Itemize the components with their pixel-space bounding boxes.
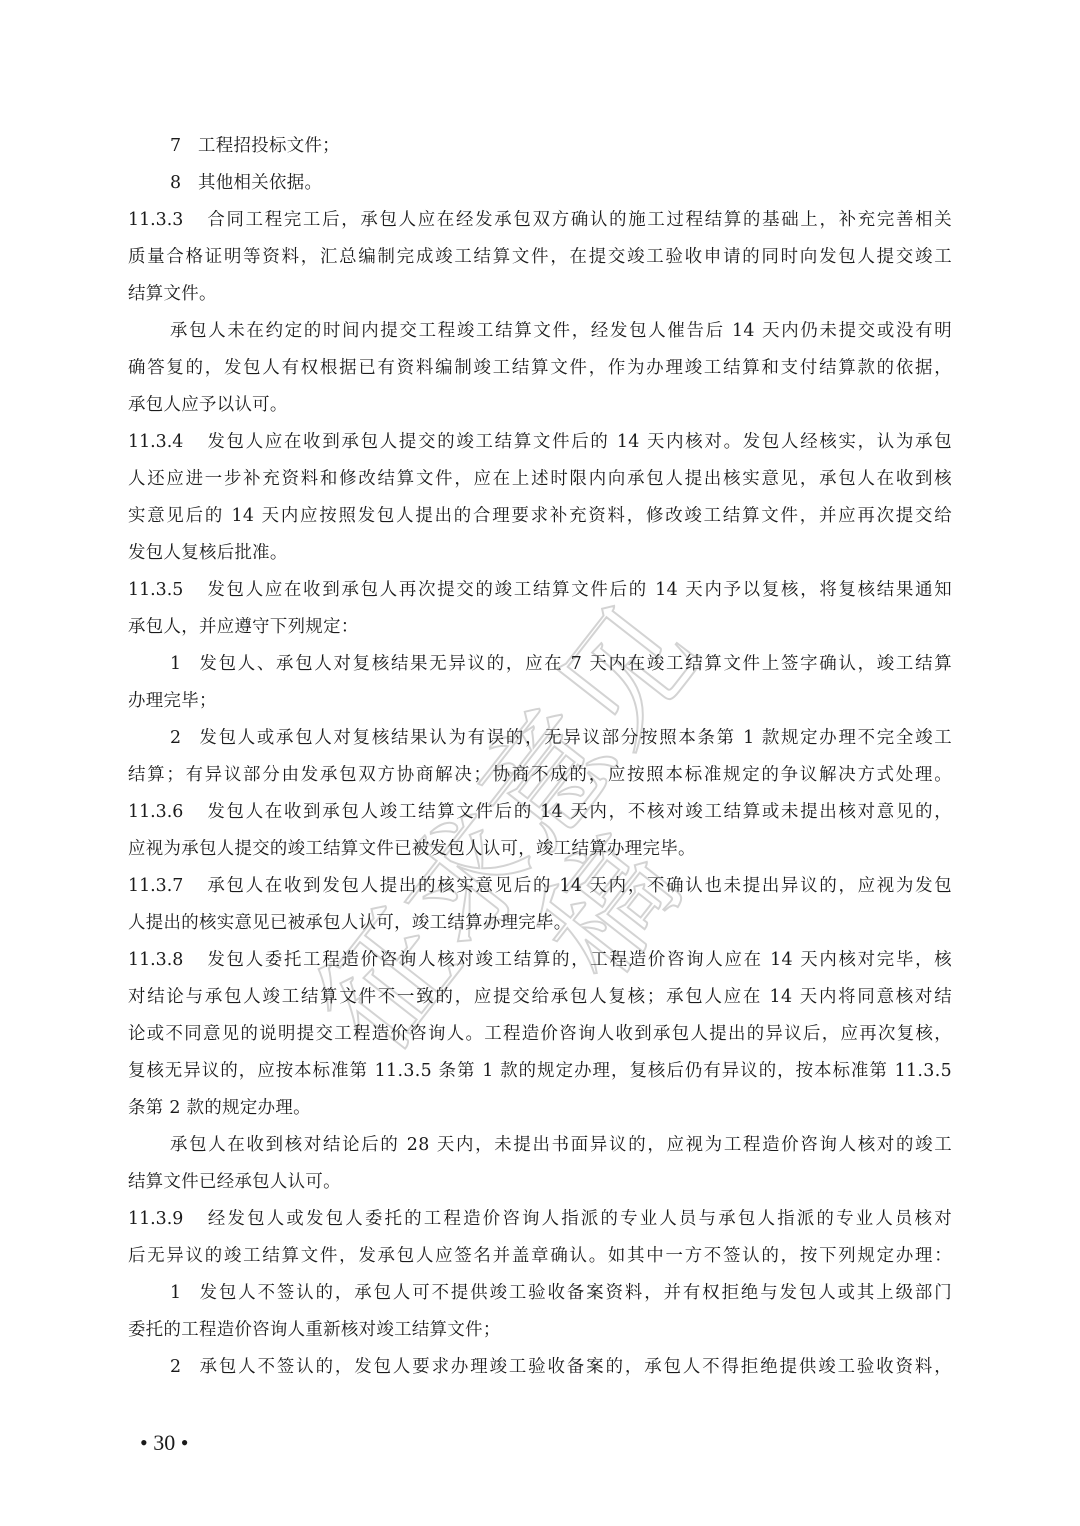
text-line: 论或不同意见的说明提交工程造价咨询人。工程造价咨询人收到承包人提出的异议后，应再… — [128, 1016, 952, 1053]
line-text: 发包人复核后批准。 — [128, 543, 288, 563]
text-line: 承包人在收到核对结论后的 28 天内，未提出书面异议的，应视为工程造价咨询人核对… — [128, 1127, 952, 1164]
document-page: 征求意见稿 7工程招投标文件；8其他相关依据。11.3.3合同工程完工后，承包人… — [0, 0, 1080, 1526]
line-text: 发包人、承包人对复核结果无异议的，应在 7 天内在竣工结算文件上签字确认，竣工结… — [198, 654, 952, 674]
text-line: 人提出的核实意见已被承包人认可，竣工结算办理完毕。 — [128, 905, 952, 942]
item-number: 2 — [170, 1349, 198, 1386]
line-text: 人还应进一步补充资料和修改结算文件，应在上述时限内向承包人提出核实意见，承包人在… — [128, 469, 952, 489]
line-text: 条第 2 款的规定办理。 — [128, 1098, 311, 1118]
text-line: 委托的工程造价咨询人重新核对竣工结算文件； — [128, 1312, 952, 1349]
text-line: 确答复的，发包人有权根据已有资料编制竣工结算文件，作为办理竣工结算和支付结算款的… — [128, 350, 952, 387]
line-text: 发包人不签认的，承包人可不提供竣工验收备案资料，并有权拒绝与发包人或其上级部门 — [198, 1283, 952, 1303]
line-text: 办理完毕； — [128, 691, 217, 711]
line-text: 承包人不签认的，发包人要求办理竣工验收备案的，承包人不得拒绝提供竣工验收资料， — [198, 1357, 952, 1377]
line-text: 论或不同意见的说明提交工程造价咨询人。工程造价咨询人收到承包人提出的异议后，应再… — [128, 1024, 952, 1044]
line-text: 发包人应在收到承包人再次提交的竣工结算文件后的 14 天内予以复核，将复核结果通… — [206, 580, 952, 600]
item-number: 7 — [170, 128, 198, 165]
clause-line: 11.3.7承包人在收到发包人提出的核实意见后的 14 天内，不确认也未提出异议… — [128, 868, 952, 905]
line-text: 对结论与承包人竣工结算文件不一致的，应提交给承包人复核；承包人应在 14 天内将… — [128, 987, 952, 1007]
list-item-line: 1发包人、承包人对复核结果无异议的，应在 7 天内在竣工结算文件上签字确认，竣工… — [128, 646, 952, 683]
text-line: 承包人应予以认可。 — [128, 387, 952, 424]
text-line: 质量合格证明等资料，汇总编制完成竣工结算文件，在提交竣工验收申请的同时向发包人提… — [128, 239, 952, 276]
list-item-line: 2发包人或承包人对复核结果认为有误的，无异议部分按照本条第 1 款规定办理不完全… — [128, 720, 952, 757]
line-text: 承包人在收到核对结论后的 28 天内，未提出书面异议的，应视为工程造价咨询人核对… — [170, 1135, 952, 1155]
item-number: 8 — [170, 165, 198, 202]
line-text: 委托的工程造价咨询人重新核对竣工结算文件； — [128, 1320, 501, 1340]
text-line: 结算文件已经承包人认可。 — [128, 1164, 952, 1201]
line-text: 发包人委托工程造价咨询人核对竣工结算的，工程造价咨询人应在 14 天内核对完毕，… — [206, 950, 952, 970]
text-line: 后无异议的竣工结算文件，发承包人应签名并盖章确认。如其中一方不签认的，按下列规定… — [128, 1238, 952, 1275]
line-text: 结算；有异议部分由发承包双方协商解决；协商不成的，应按照本标准规定的争议解决方式… — [128, 765, 952, 785]
text-line: 承包人，并应遵守下列规定： — [128, 609, 952, 646]
document-body: 7工程招投标文件；8其他相关依据。11.3.3合同工程完工后，承包人应在经发承包… — [128, 128, 952, 1386]
clause-number: 11.3.8 — [128, 942, 206, 979]
text-line: 实意见后的 14 天内应按照发包人提出的合理要求补充资料，修改竣工结算文件，并应… — [128, 498, 952, 535]
line-text: 承包人应予以认可。 — [128, 395, 288, 415]
page-number: • 30 • — [140, 1430, 188, 1456]
text-line: 应视为承包人提交的竣工结算文件已被发包人认可，竣工结算办理完毕。 — [128, 831, 952, 868]
text-line: 人还应进一步补充资料和修改结算文件，应在上述时限内向承包人提出核实意见，承包人在… — [128, 461, 952, 498]
list-item-line: 8其他相关依据。 — [128, 165, 952, 202]
text-line: 对结论与承包人竣工结算文件不一致的，应提交给承包人复核；承包人应在 14 天内将… — [128, 979, 952, 1016]
clause-number: 11.3.3 — [128, 202, 206, 239]
line-text: 经发包人或发包人委托的工程造价咨询人指派的专业人员与承包人指派的专业人员核对 — [206, 1209, 952, 1229]
clause-line: 11.3.6发包人在收到承包人竣工结算文件后的 14 天内，不核对竣工结算或未提… — [128, 794, 952, 831]
clause-line: 11.3.8发包人委托工程造价咨询人核对竣工结算的，工程造价咨询人应在 14 天… — [128, 942, 952, 979]
clause-number: 11.3.4 — [128, 424, 206, 461]
line-text: 结算文件已经承包人认可。 — [128, 1172, 341, 1192]
line-text: 工程招投标文件； — [198, 136, 340, 156]
clause-number: 11.3.7 — [128, 868, 206, 905]
line-text: 发包人在收到承包人竣工结算文件后的 14 天内，不核对竣工结算或未提出核对意见的… — [206, 802, 952, 822]
clause-number: 11.3.6 — [128, 794, 206, 831]
line-text: 承包人在收到发包人提出的核实意见后的 14 天内，不确认也未提出异议的，应视为发… — [206, 876, 952, 896]
item-number: 2 — [170, 720, 198, 757]
line-text: 质量合格证明等资料，汇总编制完成竣工结算文件，在提交竣工验收申请的同时向发包人提… — [128, 247, 952, 267]
text-line: 条第 2 款的规定办理。 — [128, 1090, 952, 1127]
text-line: 发包人复核后批准。 — [128, 535, 952, 572]
line-text: 其他相关依据。 — [198, 173, 322, 193]
line-text: 后无异议的竣工结算文件，发承包人应签名并盖章确认。如其中一方不签认的，按下列规定… — [128, 1246, 952, 1266]
clause-line: 11.3.4发包人应在收到承包人提交的竣工结算文件后的 14 天内核对。发包人经… — [128, 424, 952, 461]
line-text: 应视为承包人提交的竣工结算文件已被发包人认可，竣工结算办理完毕。 — [128, 839, 696, 859]
text-line: 复核无异议的，应按本标准第 11.3.5 条第 1 款的规定办理，复核后仍有异议… — [128, 1053, 952, 1090]
line-text: 承包人，并应遵守下列规定： — [128, 617, 359, 637]
clause-line: 11.3.3合同工程完工后，承包人应在经发承包双方确认的施工过程结算的基础上，补… — [128, 202, 952, 239]
text-line: 承包人未在约定的时间内提交工程竣工结算文件，经发包人催告后 14 天内仍未提交或… — [128, 313, 952, 350]
clause-number: 11.3.9 — [128, 1201, 206, 1238]
clause-line: 11.3.9经发包人或发包人委托的工程造价咨询人指派的专业人员与承包人指派的专业… — [128, 1201, 952, 1238]
text-line: 结算文件。 — [128, 276, 952, 313]
item-number: 1 — [170, 1275, 198, 1312]
text-line: 办理完毕； — [128, 683, 952, 720]
text-line: 结算；有异议部分由发承包双方协商解决；协商不成的，应按照本标准规定的争议解决方式… — [128, 757, 952, 794]
line-text: 人提出的核实意见已被承包人认可，竣工结算办理完毕。 — [128, 913, 572, 933]
clause-number: 11.3.5 — [128, 572, 206, 609]
line-text: 结算文件。 — [128, 284, 217, 304]
line-text: 复核无异议的，应按本标准第 11.3.5 条第 1 款的规定办理，复核后仍有异议… — [128, 1061, 952, 1081]
list-item-line: 7工程招投标文件； — [128, 128, 952, 165]
clause-line: 11.3.5发包人应在收到承包人再次提交的竣工结算文件后的 14 天内予以复核，… — [128, 572, 952, 609]
line-text: 承包人未在约定的时间内提交工程竣工结算文件，经发包人催告后 14 天内仍未提交或… — [170, 321, 952, 341]
line-text: 合同工程完工后，承包人应在经发承包双方确认的施工过程结算的基础上，补充完善相关 — [206, 210, 952, 230]
list-item-line: 2承包人不签认的，发包人要求办理竣工验收备案的，承包人不得拒绝提供竣工验收资料， — [128, 1349, 952, 1386]
line-text: 发包人或承包人对复核结果认为有误的，无异议部分按照本条第 1 款规定办理不完全竣… — [198, 728, 952, 748]
line-text: 确答复的，发包人有权根据已有资料编制竣工结算文件，作为办理竣工结算和支付结算款的… — [128, 358, 952, 378]
line-text: 发包人应在收到承包人提交的竣工结算文件后的 14 天内核对。发包人经核实，认为承… — [206, 432, 952, 452]
item-number: 1 — [170, 646, 198, 683]
list-item-line: 1发包人不签认的，承包人可不提供竣工验收备案资料，并有权拒绝与发包人或其上级部门 — [128, 1275, 952, 1312]
line-text: 实意见后的 14 天内应按照发包人提出的合理要求补充资料，修改竣工结算文件，并应… — [128, 506, 952, 526]
